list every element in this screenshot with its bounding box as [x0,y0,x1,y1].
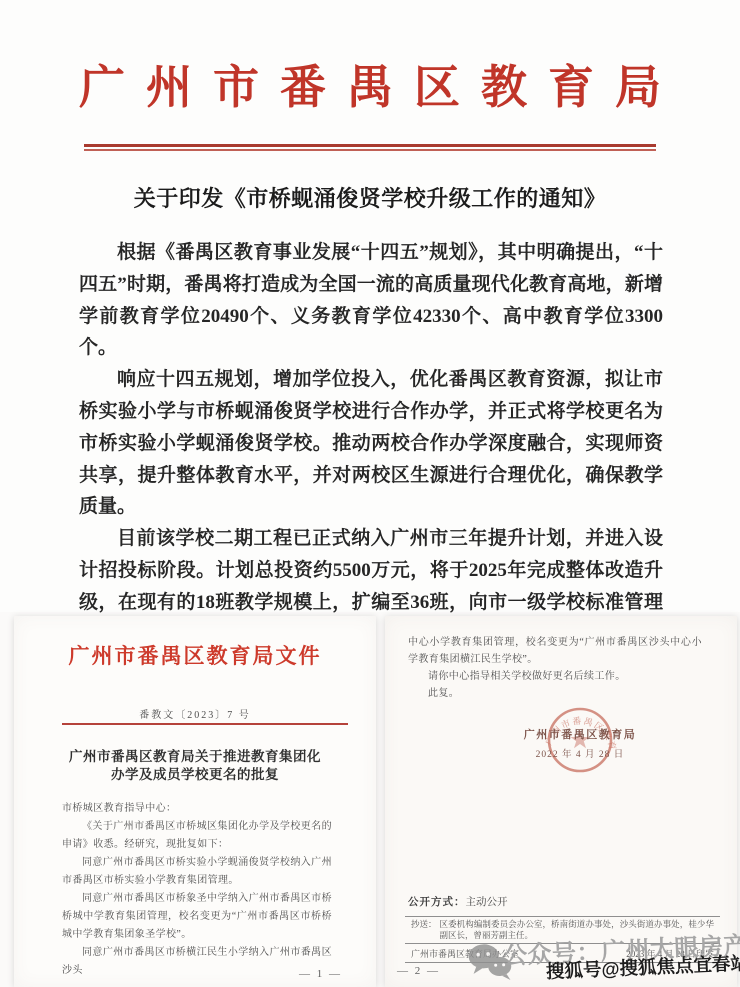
approval-paragraph-4-continued: 中心小学教育集团管理，校名变更为“广州市番禺区沙头中心小学教育集团横江民生学校”… [408,634,702,668]
document-number: 番教文〔2023〕7 号 [14,706,376,721]
publish-method-value: 主动公开 [466,897,508,908]
header-divider-rule [84,144,656,151]
approval-document-page-1: 广州市番禺区教育局文件 番教文〔2023〕7 号 广州市番禺区教育局关于推进教育… [14,616,376,987]
approval-body: 市桥城区教育指导中心： 《关于广州市番禺区市桥城区集团化办学及学校更名的申请》收… [62,800,332,980]
approval-title-line-1: 广州市番禺区教育局关于推进教育集团化 [14,748,376,766]
notice-paragraph-2: 响应十四五规划，增加学位投入，优化番禺区教育资源，拟让市桥实验小学与市桥蚬涌俊贤… [79,364,663,523]
notice-body: 根据《番禺区教育事业发展“十四五”规划》，其中明确提出，“十四五”时期，番禺将打… [79,237,663,650]
issuing-authority: 广州市番禺区教育局 [515,726,645,742]
approval-paragraph-4: 同意广州市番禺区市桥横江民生小学纳入广州市番禺区沙头 [62,944,332,980]
approval-paragraph-3: 同意广州市番禺区市桥象圣中学纳入广州市番禺区市桥桥城中学教育集团管理，校名变更为… [62,890,332,944]
approval-body-continued: 中心小学教育集团管理，校名变更为“广州市番禺区沙头中心小学教育集团横江民生学校”… [408,634,702,702]
notice-title: 关于印发《市桥蚬涌俊贤学校升级工作的通知》 [0,182,740,213]
red-rule [62,723,348,725]
file-header-title: 广州市番禺区教育局文件 [14,640,376,670]
signature-block: 广州市番禺区教育局 广州市番禺区教育局 2022 年 4 月 28 日 [515,700,645,780]
approval-paragraph-2: 同意广州市番禺区市桥实验小学蚬涌俊贤学校纳入广州市番禺区市桥实验小学教育集团管理… [62,854,332,890]
approval-paragraph-1: 《关于广州市番禺区市桥城区集团化办学及学校更名的申请》收悉。经研究，现批复如下： [62,818,332,854]
screenshot-root: 广州市番禺区教育局 关于印发《市桥蚬涌俊贤学校升级工作的通知》 根据《番禺区教育… [0,0,740,987]
publish-method-label: 公开方式： [408,897,466,908]
notice-paragraph-1: 根据《番禺区教育事业发展“十四五”规划》，其中明确提出，“十四五”时期，番禺将打… [79,237,663,364]
signature-date: 2022 年 4 月 28 日 [515,746,645,760]
page-number-2: — 2 — [397,965,440,977]
salutation: 市桥城区教育指导中心： [62,800,332,818]
cc-label: 抄送： [411,919,437,941]
closing-instruction: 请你中心指导相关学校做好更名后续工作。 [408,668,702,685]
publish-method-row: 公开方式：主动公开 [408,894,508,909]
approval-title: 广州市番禺区教育局关于推进教育集团化 办学及成员学校更名的批复 [14,748,376,783]
page-number-1: — 1 — [299,968,342,980]
notice-document: 广州市番禺区教育局 关于印发《市桥蚬涌俊贤学校升级工作的通知》 根据《番禺区教育… [0,0,740,612]
bureau-header-title: 广州市番禺区教育局 [0,58,740,118]
approval-title-line-2: 办学及成员学校更名的批复 [14,766,376,784]
